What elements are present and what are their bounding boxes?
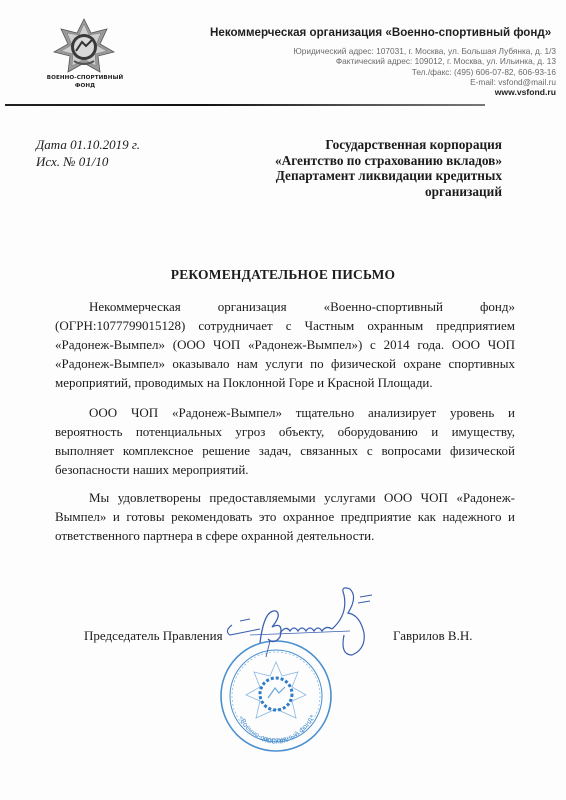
letter-date: Дата 01.10.2019 г.: [36, 136, 140, 153]
handwritten-signature-icon: [220, 585, 380, 675]
letter-meta: Дата 01.10.2019 г. Исх. № 01/10: [36, 136, 140, 170]
logo-caption-line1: ВОЕННО-СПОРТИВНЫЙ: [40, 74, 130, 82]
recipient-line-1: Государственная корпорация: [275, 137, 502, 153]
letter-page: ВОЕННО-СПОРТИВНЫЙ ФОНД Некоммерческая ор…: [0, 0, 566, 800]
recipient-block: Государственная корпорация «Агентство по…: [275, 137, 502, 199]
website: www.vsfond.ru: [293, 87, 556, 97]
star-emblem-icon: [52, 18, 116, 74]
recipient-line-4: организаций: [275, 184, 502, 200]
organization-name: Некоммерческая организация «Военно-спорт…: [210, 26, 556, 39]
actual-address: Фактический адрес: 109012, г. Москва, ул…: [293, 56, 556, 66]
logo-caption-line2: ФОНД: [40, 82, 130, 90]
logo-caption: ВОЕННО-СПОРТИВНЫЙ ФОНД: [40, 74, 130, 90]
email: E-mail: vsfond@mail.ru: [293, 77, 556, 87]
recipient-line-3: Департамент ликвидации кредитных: [275, 168, 502, 184]
contact-block: Юридический адрес: 107031, г. Москва, ул…: [293, 46, 556, 97]
legal-address: Юридический адрес: 107031, г. Москва, ул…: [293, 46, 556, 56]
signatory-name: Гаврилов В.Н.: [393, 628, 473, 644]
letter-body: Некоммерческая организация «Военно-спорт…: [55, 297, 515, 554]
paragraph-3: Мы удовлетворены предоставляемыми услуга…: [55, 488, 515, 545]
phone-fax: Тел./факс: (495) 606-07-82, 606-93-16: [293, 67, 556, 77]
signatory-role: Председатель Правления: [84, 628, 223, 644]
paragraph-2: ООО ЧОП «Радонеж-Вымпел» тщательно анали…: [55, 403, 515, 479]
document-title: РЕКОМЕНДАТЕЛЬНОЕ ПИСЬМО: [0, 267, 566, 283]
outgoing-number: Исх. № 01/10: [36, 153, 140, 170]
header-divider: [5, 104, 485, 106]
recipient-line-2: «Агентство по страхованию вкладов»: [275, 153, 502, 169]
paragraph-1: Некоммерческая организация «Военно-спорт…: [55, 297, 515, 392]
